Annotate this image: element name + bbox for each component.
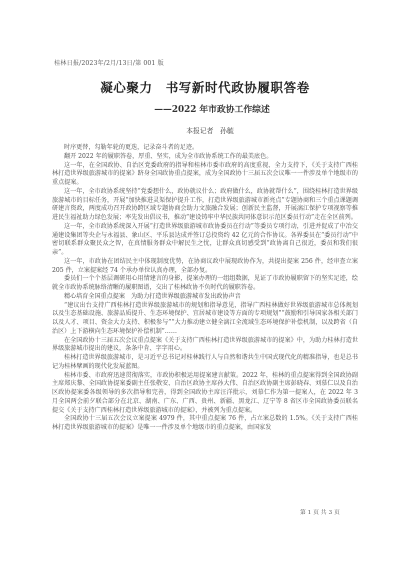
paragraph: 桂林市委、市政府迅速贯彻落实，市政协积极运用提案建言献策。2022 年，桂林的重…	[52, 372, 358, 416]
paragraph: 翻开 2022 年的履职答卷，厚重、坚实，成为全市政协系统工作的最美底色。	[52, 153, 358, 162]
paragraph: 这一年，市政协在团结民主中体现制度优势，在协商议政中展现政协作为，共提出提案 2…	[52, 258, 358, 276]
source-line: 桂林日报/2023年/2月/13日/第 001 版	[54, 58, 164, 67]
article-title: 凝心聚力 书写新时代政协履职答卷	[0, 78, 410, 96]
byline: 本报记者 孙毓	[0, 125, 410, 135]
paragraph: 桂林打造世界级旅游城市，是习近平总书记对桂林践行人与自然和谐共生中国式现代化的精…	[52, 354, 358, 372]
document-page: 桂林日报/2023年/2月/13日/第 001 版 凝心聚力 书写新时代政协履职…	[0, 0, 410, 580]
paragraph: 委员们一个个基层调研用心用情建言的身影，提案办理的一组组数据，见证了市政协履职留…	[52, 275, 358, 293]
page-number: 第 1 页 共 3 页	[300, 507, 340, 516]
paragraph: “建议出台支持广西桂林打造世界级旅游城市的规划和指导意见，指导广西桂林做好世界级…	[52, 302, 358, 337]
section-heading: 精心培育全国重点提案 为助力打造世界级旅游城市发出政协声音	[52, 293, 358, 302]
article-body: 时序更替，勾勒年轮的更迭，记录奋斗者的足迹。 翻开 2022 年的履职答卷，厚重…	[52, 144, 358, 433]
paragraph: 全国政协十三届五次会议立案提案 4979 件，其中重点提案 76 件，占立案总数…	[52, 415, 358, 433]
article-subtitle: ——2022 年市政协工作综述	[0, 102, 410, 115]
paragraph: 这一年，在全国政协、自治区党委政府的指导和桂林市委市政府的高度重视、全力支持下，…	[52, 162, 358, 188]
paragraph: 这一年，全市政协系统深入开展“打造世界级旅游城市政协委员在行动”等委员专项行动，…	[52, 223, 358, 258]
paragraph: 时序更替，勾勒年轮的更迭，记录奋斗者的足迹。	[52, 144, 358, 153]
paragraph: 这一年，全市政协系统坚持“党委想什么，政协就议什么；政府做什么，政协就帮什么”，…	[52, 188, 358, 223]
paragraph: 在全国政协十三届五次会议重点提案《关于支持广西桂林打造世界级旅游城市的提案》中，…	[52, 337, 358, 355]
